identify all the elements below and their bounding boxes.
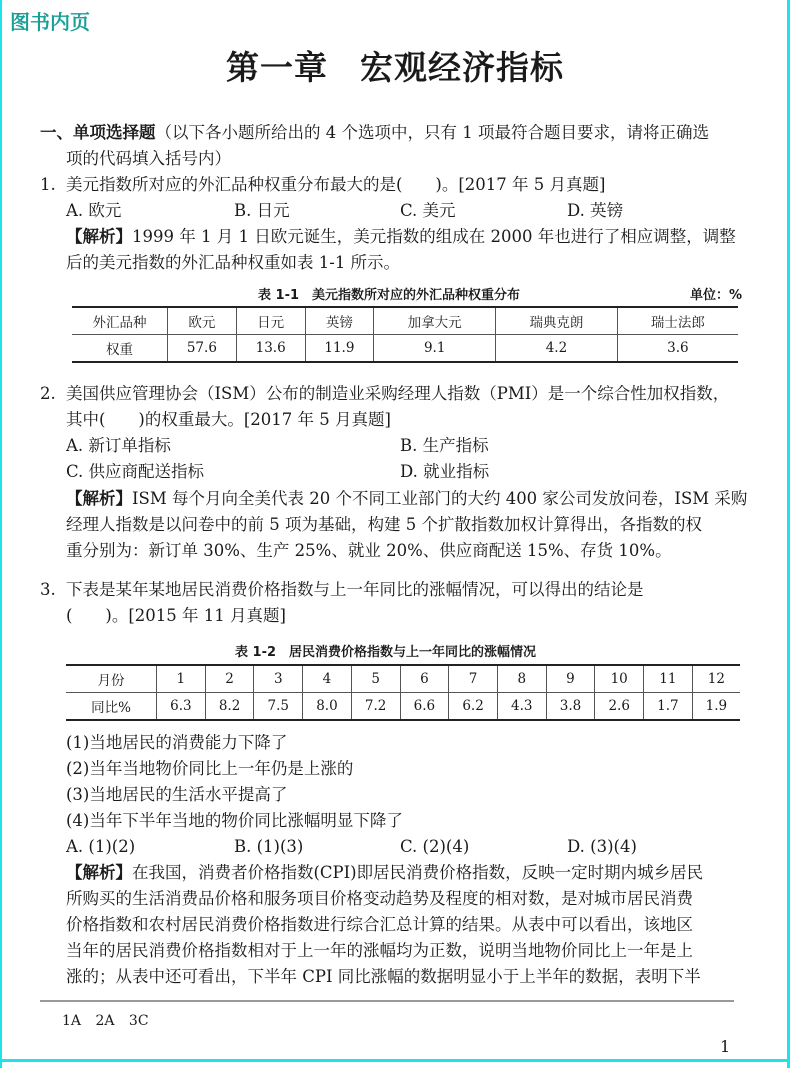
q1-option-b: B. 日元 — [234, 198, 290, 224]
table-cell: 欧元 — [168, 307, 237, 335]
page-tag: 图书内页 — [10, 6, 90, 35]
q3-statement-2: (2)当年当地物价同比上一年仍是上涨的 — [66, 756, 353, 782]
table-cell: 同比% — [66, 693, 157, 721]
table-cell: 6.3 — [157, 693, 206, 721]
table-cell: 10 — [595, 665, 644, 693]
q3-analysis-line-3: 价格指数和农村居民消费价格指数进行综合汇总计算的结果。从表中可以看出，该地区 — [66, 912, 693, 938]
q1-analysis-line-2: 后的美元指数的外汇品种权重如表 1-1 所示。 — [66, 250, 400, 276]
table-cell: 7 — [449, 665, 498, 693]
section-heading-line: 一、单项选择题（以下各小题所给出的 4 个选项中，只有 1 项最符合题目要求，请… — [40, 120, 709, 146]
q3-option-a: A. (1)(2) — [66, 834, 135, 860]
table-cell: 8.2 — [205, 693, 254, 721]
q1-option-d: D. 英镑 — [567, 198, 623, 224]
analysis-text: 1999 年 1 月 1 日欧元诞生，美元指数的组成在 2000 年也进行了相应… — [132, 227, 736, 246]
q2-analysis-line-1: 【解析】ISM 每个月向全美代表 20 个不同工业部门的大约 400 家公司发放… — [66, 486, 747, 512]
q3-statement-1: (1)当地居民的消费能力下降了 — [66, 730, 287, 756]
q2-option-b: B. 生产指标 — [400, 433, 489, 459]
q3-analysis-line-1: 【解析】在我国，消费者价格指数(CPI)即居民消费价格指数，反映一定时期内城乡居… — [66, 860, 703, 886]
table-cell: 13.6 — [236, 335, 305, 363]
section-instruction: （以下各小题所给出的 4 个选项中，只有 1 项最符合题目要求，请将正确选 — [156, 123, 709, 142]
chapter-title: 第一章宏观经济指标 — [0, 42, 790, 89]
table-cell: 6 — [400, 665, 449, 693]
table-cell: 1.9 — [692, 693, 740, 721]
table-cell: 6.6 — [400, 693, 449, 721]
question-1-number: 1. — [40, 172, 56, 198]
question-3-stem-2: ( )。[2015 年 11 月真题] — [66, 603, 286, 629]
chapter-name: 宏观经济指标 — [360, 48, 564, 87]
chapter-number: 第一章 — [226, 48, 328, 87]
analysis-text: 在我国，消费者价格指数(CPI)即居民消费价格指数，反映一定时期内城乡居民 — [132, 863, 703, 882]
table-cell: 2.6 — [595, 693, 644, 721]
table-cell: 9 — [546, 665, 595, 693]
table-cell: 3.6 — [617, 335, 738, 363]
q2-option-a: A. 新订单指标 — [66, 433, 171, 459]
table-cell: 月份 — [66, 665, 157, 693]
table-row: 权重 57.6 13.6 11.9 9.1 4.2 3.6 — [72, 335, 738, 363]
section-instruction-cont: 项的代码填入括号内） — [66, 146, 231, 172]
q2-analysis-line-3: 重分别为：新订单 30%、生产 25%、就业 20%、供应商配送 15%、存货 … — [66, 538, 672, 564]
table-cell: 4.2 — [496, 335, 618, 363]
question-1-stem: 美元指数所对应的外汇品种权重分布最大的是( )。[2017 年 5 月真题] — [66, 172, 605, 198]
table-cell: 英镑 — [305, 307, 374, 335]
q3-analysis-line-4: 当年的居民消费价格指数相对于上一年的涨幅均为正数，说明当地物价同比上一年是上 — [66, 938, 693, 964]
q3-analysis-line-5: 涨的；从表中还可看出，下半年 CPI 同比涨幅的数据明显小于上半年的数据，表明下… — [66, 964, 701, 990]
table-cell: 3.8 — [546, 693, 595, 721]
table-1-2: 月份 1 2 3 4 5 6 7 8 9 10 11 12 同比% 6.3 8.… — [66, 664, 740, 721]
table-cell: 日元 — [236, 307, 305, 335]
question-2-stem-2: 其中( )的权重最大。[2017 年 5 月真题] — [66, 407, 391, 433]
table-cell: 权重 — [72, 335, 168, 363]
page-number: 1 — [720, 1037, 730, 1056]
table-cell: 11 — [644, 665, 693, 693]
table-cell: 8 — [497, 665, 546, 693]
question-3-stem-1: 下表是某年某地居民消费价格指数与上一年同比的涨幅情况，可以得出的结论是 — [66, 577, 644, 603]
table-cell: 加拿大元 — [374, 307, 496, 335]
table-cell: 1 — [157, 665, 206, 693]
table-cell: 12 — [692, 665, 740, 693]
q3-statement-3: (3)当地居民的生活水平提高了 — [66, 782, 287, 808]
table-cell: 1.7 — [644, 693, 693, 721]
table-cell: 3 — [254, 665, 303, 693]
q2-option-c: C. 供应商配送指标 — [66, 459, 204, 485]
q1-option-a: A. 欧元 — [66, 198, 121, 224]
q3-statement-4: (4)当年下半年当地的物价同比涨幅明显下降了 — [66, 808, 403, 834]
table-cell: 4 — [303, 665, 352, 693]
table-cell: 11.9 — [305, 335, 374, 363]
table-cell: 4.3 — [497, 693, 546, 721]
page: 图书内页 第一章宏观经济指标 一、单项选择题（以下各小题所给出的 4 个选项中，… — [0, 0, 790, 1068]
table-cell: 8.0 — [303, 693, 352, 721]
table-cell: 7.5 — [254, 693, 303, 721]
analysis-text: ISM 每个月向全美代表 20 个不同工业部门的大约 400 家公司发放问卷，I… — [132, 489, 747, 508]
table-1-2-caption: 表 1-2 居民消费价格指数与上一年同比的涨幅情况 — [235, 641, 536, 660]
section-heading: 一、单项选择题 — [40, 123, 156, 142]
analysis-label: 【解析】 — [66, 227, 132, 246]
analysis-label: 【解析】 — [66, 863, 132, 882]
question-2-number: 2. — [40, 381, 56, 407]
table-header-row: 月份 1 2 3 4 5 6 7 8 9 10 11 12 — [66, 665, 740, 693]
table-cell: 5 — [351, 665, 400, 693]
table-cell: 57.6 — [168, 335, 237, 363]
question-3-number: 3. — [40, 577, 56, 603]
table-header-row: 外汇品种 欧元 日元 英镑 加拿大元 瑞典克朗 瑞士法郎 — [72, 307, 738, 335]
table-cell: 9.1 — [374, 335, 496, 363]
table-cell: 7.2 — [351, 693, 400, 721]
q1-analysis-line-1: 【解析】1999 年 1 月 1 日欧元诞生，美元指数的组成在 2000 年也进… — [66, 224, 736, 250]
q3-option-b: B. (1)(3) — [234, 834, 303, 860]
footnote-divider — [40, 1000, 734, 1002]
frame-left-border — [0, 0, 2, 1068]
q1-option-c: C. 美元 — [400, 198, 456, 224]
table-cell: 外汇品种 — [72, 307, 168, 335]
table-cell: 瑞典克朗 — [496, 307, 618, 335]
table-cell: 2 — [205, 665, 254, 693]
frame-bottom-border — [0, 1059, 790, 1062]
q3-analysis-line-2: 所购买的生活消费品价格和服务项目价格变动趋势及程度的相对数，是对城市居民消费 — [66, 886, 693, 912]
q2-analysis-line-2: 经理人指数是以问卷中的前 5 项为基础，构建 5 个扩散指数加权计算得出，各指数… — [66, 512, 702, 538]
question-2-stem-1: 美国供应管理协会（ISM）公布的制造业采购经理人指数（PMI）是一个综合性加权指… — [66, 381, 729, 407]
table-row: 同比% 6.3 8.2 7.5 8.0 7.2 6.6 6.2 4.3 3.8 … — [66, 693, 740, 721]
table-1-1-unit: 单位：% — [690, 284, 742, 303]
answer-key: 1A 2A 3C — [62, 1013, 149, 1029]
table-cell: 瑞士法郎 — [617, 307, 738, 335]
q3-option-c: C. (2)(4) — [400, 834, 469, 860]
table-1-1: 外汇品种 欧元 日元 英镑 加拿大元 瑞典克朗 瑞士法郎 权重 57.6 13.… — [72, 306, 738, 363]
q3-option-d: D. (3)(4) — [567, 834, 637, 860]
analysis-label: 【解析】 — [66, 489, 132, 508]
table-1-1-caption: 表 1-1 美元指数所对应的外汇品种权重分布 — [258, 284, 520, 303]
table-cell: 6.2 — [449, 693, 498, 721]
q2-option-d: D. 就业指标 — [400, 459, 489, 485]
